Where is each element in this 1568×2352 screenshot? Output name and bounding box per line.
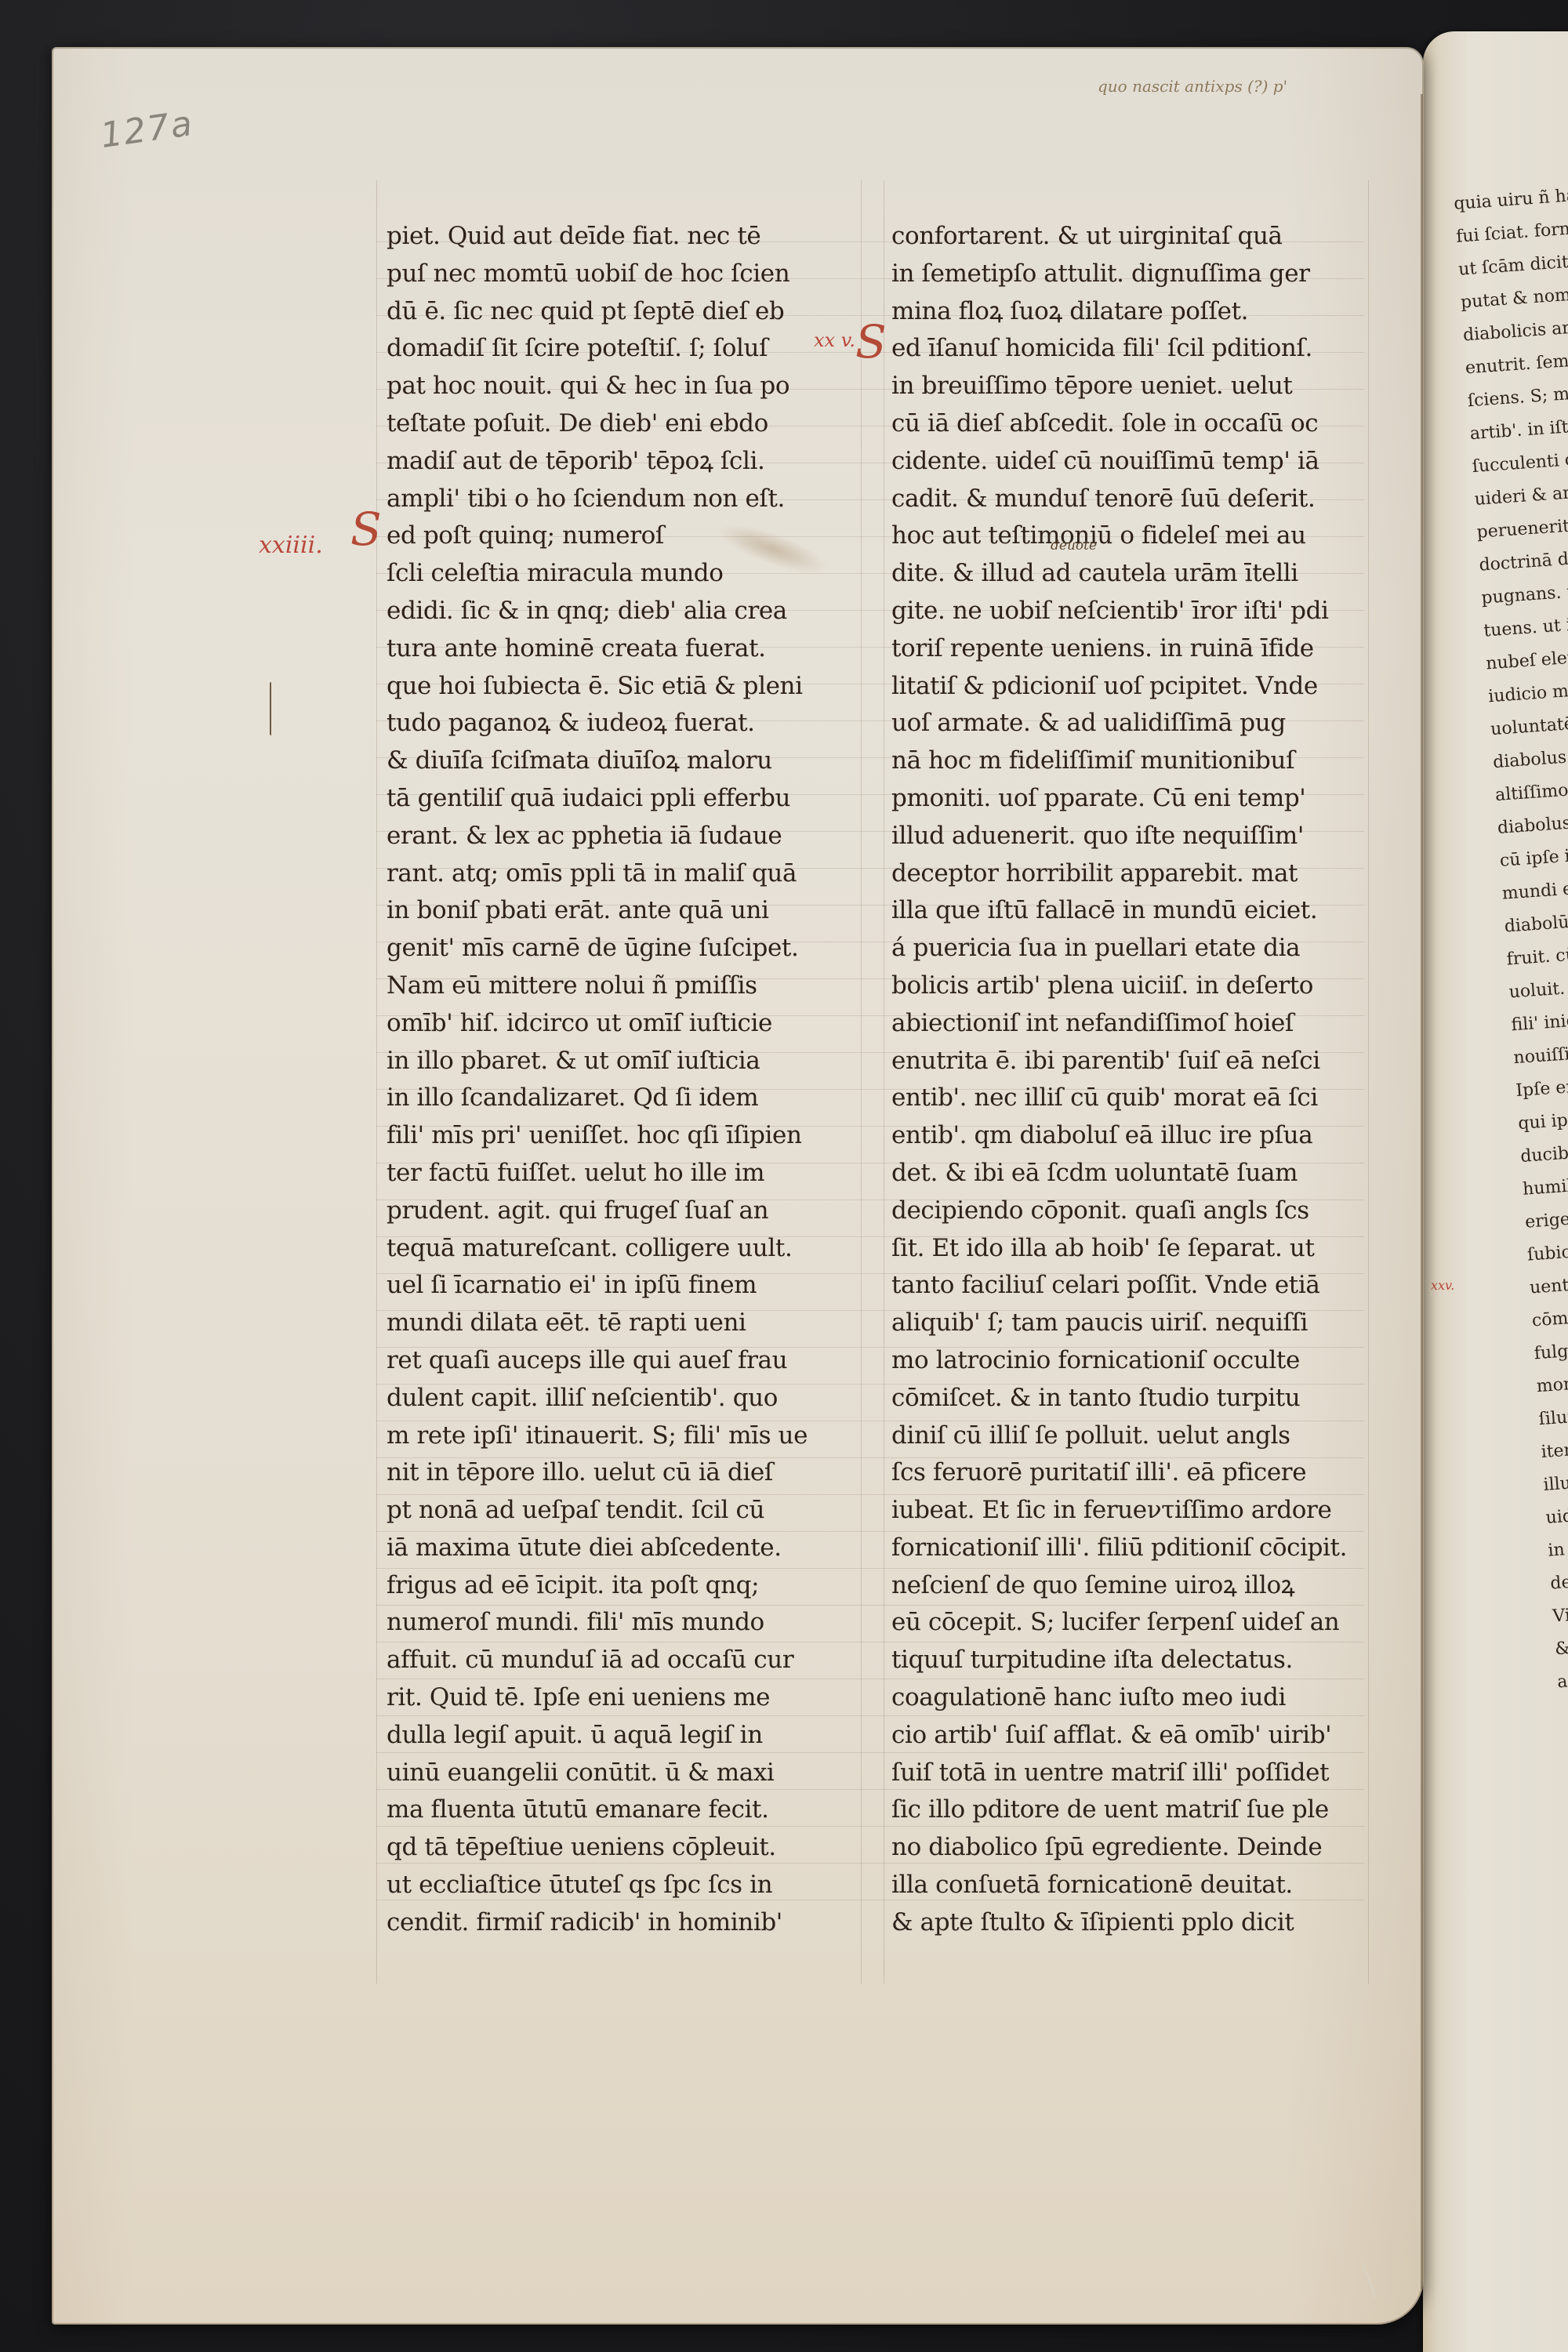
line-text: in breuiſſimo tēpore ueniet. uelut bbox=[891, 372, 1292, 400]
line-text: decipiendo cōponit. quaſi angls ſcs bbox=[891, 1196, 1309, 1225]
gutter bbox=[1421, 94, 1423, 2289]
line-text: in illo pbaret. & ut omīſ iuſticia bbox=[387, 1047, 760, 1075]
text-line: tequā matureſcant. colligere uult. bbox=[387, 1230, 857, 1268]
line-text: tudo paganoꝝ & iudeoꝝ fuerat. bbox=[387, 709, 755, 737]
text-line: uoſ armate. & ad ualidiſſimā pug bbox=[891, 705, 1362, 742]
text-line: iubeat. Et ſic in ferueντiſſimo ardore bbox=[891, 1492, 1362, 1530]
text-line: Sed īſanuſ homicida fili' ſcil pditionſ. bbox=[891, 330, 1362, 368]
top-margin-note: quo nascit antixps (?) p' bbox=[1098, 77, 1287, 96]
text-line: frigus ad eē īcipit. ita poſt qnq; bbox=[387, 1567, 857, 1605]
line-text: uinū euangelii conūtit. ū & maxi bbox=[387, 1759, 774, 1787]
text-line: affuit. cū munduſ iā ad occaſū cur bbox=[387, 1642, 857, 1679]
text-line: abiectioniſ int nefandiſſimoſ hoieſ bbox=[891, 1005, 1362, 1043]
text-line: ut eccliaſtice ūtuteſ qs ſpc ſcs in bbox=[387, 1867, 857, 1904]
line-text: genit' mīs carnē de ūgine ſuſcipet. bbox=[387, 934, 798, 962]
line-text: confortarent. & ut uirginitaſ quā bbox=[891, 222, 1283, 250]
text-line: erant. & lex ac pphetia iā ſudaue bbox=[387, 818, 857, 855]
line-text: illa conſuetā fornicationē deuitat. bbox=[891, 1871, 1293, 1899]
text-line: que hoi ſubiecta ē. Sic etiā & pleni bbox=[387, 668, 857, 706]
text-line: diniſ cū illiſ ſe polluit. uelut angls bbox=[891, 1417, 1362, 1455]
text-line: hoc aut teſtimoniū o fideleſ mei au bbox=[891, 517, 1362, 555]
text-line: domadiſ ſit ſcire poteſtiſ. ſ; ſoluſ bbox=[387, 330, 857, 368]
text-line: illa que iſtū fallacē in mundū eiciet. bbox=[891, 892, 1362, 930]
line-text: cōmiſcet. & in tanto ſtudio turpitu bbox=[891, 1384, 1300, 1412]
text-line: in illo pbaret. & ut omīſ iuſticia bbox=[387, 1043, 857, 1080]
text-line: fili' mīs pri' ueniſſet. hoc qſi īſipien bbox=[387, 1117, 857, 1155]
text-line: litatiſ & pdicioniſ uoſ pcipitet. Vnde bbox=[891, 668, 1362, 706]
line-text: dulent capit. illiſ neſcientib'. quo bbox=[387, 1384, 778, 1412]
line-text: Nam eū mittere nolui ñ pmiſſis bbox=[387, 971, 757, 1000]
text-line: no diabolico ſpū egrediente. Deinde bbox=[891, 1829, 1362, 1867]
text-line: in boniſ pbati erāt. ante quā uni bbox=[387, 892, 857, 930]
line-text: cio artib' ſuiſ afflat. & eā omīb' uirib… bbox=[891, 1721, 1331, 1749]
line-text: uel ſi īcarnatio ei' in ipſū finem bbox=[387, 1271, 757, 1299]
line-text: entib'. nec illiſ cū quib' morat eā ſci bbox=[891, 1083, 1318, 1112]
text-line: nit in tēpore illo. uelut cū iā dieſ bbox=[387, 1454, 857, 1492]
text-line: madiſ aut de tēporib' tēpoꝝ ſcli. bbox=[387, 443, 857, 481]
text-line: cū iā dieſ abſcedit. ſole in occaſū oc bbox=[891, 405, 1362, 443]
text-line: cadit. & munduſ tenorē ſuū deſerit. bbox=[891, 481, 1362, 518]
line-text: ſit. Et ido illa ab hoib' ſe ſeparat. ut bbox=[891, 1234, 1315, 1262]
line-text: pat hoc nouit. qui & hec in ſua po bbox=[387, 372, 789, 400]
text-line: det. & ibi eā ſcdm uoluntatē ſuam bbox=[891, 1155, 1362, 1192]
text-line: edidi. ſic & in qnq; dieb' alia crea bbox=[387, 593, 857, 630]
text-line: illud aduenerit. quo iſte nequiſſim' bbox=[891, 818, 1362, 855]
line-text: ſcs feruorē puritatiſ illi'. eā pficere bbox=[891, 1458, 1306, 1486]
line-text: dū ē. ſic nec quid pt ſeptē dieſ eb bbox=[387, 297, 784, 325]
text-line: qd tā tēpeſtiue ueniens cōpleuit. bbox=[387, 1829, 857, 1867]
line-text: ed īſanuſ homicida fili' ſcil pditionſ. bbox=[891, 334, 1312, 362]
line-text: toriſ repente ueniens. in ruinā īfide bbox=[891, 634, 1314, 662]
line-text: hoc aut teſtimoniū o fideleſ mei au bbox=[891, 521, 1306, 550]
line-text: ter factū fuiſſet. uelut ho ille im bbox=[387, 1159, 764, 1187]
text-line: dū ē. ſic nec quid pt ſeptē dieſ eb bbox=[387, 293, 857, 331]
text-line: in breuiſſimo tēpore ueniet. uelut bbox=[891, 368, 1362, 405]
text-line: genit' mīs carnē de ūgine ſuſcipet. bbox=[387, 930, 857, 967]
text-line: m rete ipſi' itinauerit. S; fili' mīs ue bbox=[387, 1417, 857, 1455]
line-text: cū iā dieſ abſcedit. ſole in occaſū oc bbox=[891, 409, 1318, 437]
facing-page: quia uiru ñ habeat. nec pfui ſciat. forn… bbox=[1423, 31, 1568, 2352]
line-text: tā gentiliſ quā iudaici ppli efferbu bbox=[387, 784, 790, 812]
line-text: mo latrocinio fornicationiſ occulte bbox=[891, 1346, 1300, 1374]
text-line: ſcli celeſtia miracula mundo bbox=[387, 555, 857, 593]
text-line: ſcs feruorē puritatiſ illi'. eā pficere bbox=[891, 1454, 1362, 1492]
line-text: aliquib' ſ; tam paucis uiriſ. nequiſſi bbox=[891, 1308, 1308, 1337]
text-line: Sed poſt quinq; numeroſ bbox=[387, 517, 857, 555]
text-line: deceptor horribilit apparebit. mat bbox=[891, 855, 1362, 893]
line-text: litatiſ & pdicioniſ uoſ pcipitet. Vnde bbox=[891, 672, 1318, 700]
line-text: pmoniti. uoſ pparate. Cū eni temp' bbox=[891, 784, 1305, 812]
text-line: in ſemetipſo attulit. dignuſſima ger bbox=[891, 256, 1362, 293]
text-line: pt nonā ad ueſpaſ tendit. ſcil cū bbox=[387, 1492, 857, 1530]
text-line: pat hoc nouit. qui & hec in ſua po bbox=[387, 368, 857, 405]
line-text: rit. Quid tē. Ipſe eni ueniens me bbox=[387, 1683, 770, 1711]
line-text: que hoi ſubiecta ē. Sic etiā & pleni bbox=[387, 672, 803, 700]
text-line: dulla legiſ apuit. ū aquā legiſ in bbox=[387, 1717, 857, 1755]
text-line: rit. Quid tē. Ipſe eni ueniens me bbox=[387, 1679, 857, 1717]
text-line: numeroſ mundi. fili' mīs mundo bbox=[387, 1604, 857, 1642]
line-text: ampli' tibi o ho ſciendum non eſt. bbox=[387, 485, 785, 513]
text-line: tanto faciliuſ celari poſſit. Vnde etiā bbox=[891, 1267, 1362, 1305]
facing-rubric-numeral: xxv. bbox=[1431, 1278, 1454, 1293]
text-line: bolicis artib' plena uiciiſ. in deſerto bbox=[891, 967, 1362, 1005]
text-line: ma fluenta ūtutū emanare fecit. bbox=[387, 1791, 857, 1829]
line-text: uoſ armate. & ad ualidiſſimā pug bbox=[891, 709, 1286, 737]
line-text: m rete ipſi' itinauerit. S; fili' mīs ue bbox=[387, 1421, 808, 1450]
text-line: á puericia ſua in puellari etate dia bbox=[891, 930, 1362, 967]
line-text: abiectioniſ int nefandiſſimoſ hoieſ bbox=[891, 1009, 1294, 1037]
ruling-vertical-mid-b bbox=[884, 180, 884, 1984]
rubricated-initial: S bbox=[350, 511, 381, 549]
line-text: & apte ſtulto & īſipienti pplo dicit bbox=[891, 1908, 1294, 1936]
line-text: tura ante hominē creata fuerat. bbox=[387, 634, 766, 662]
ruling-vertical-left bbox=[376, 180, 377, 1984]
line-text: deceptor horribilit apparebit. mat bbox=[891, 859, 1298, 887]
text-line: iā maxima ūtute diei abſcedente. bbox=[387, 1530, 857, 1567]
text-line: ſuiſ totā in uentre matriſ illi' poſſide… bbox=[891, 1755, 1362, 1792]
line-text: cidente. uideſ cū nouiſſimū temp' iā bbox=[891, 447, 1319, 475]
text-line: in illo ſcandalizaret. Qd ſi idem bbox=[387, 1080, 857, 1117]
line-text: nā hoc m fideliſſimiſ munitionibuſ bbox=[891, 746, 1294, 775]
line-text: no diabolico ſpū egrediente. Deinde bbox=[891, 1833, 1322, 1861]
text-line: Nam eū mittere nolui ñ pmiſſis bbox=[387, 967, 857, 1005]
text-line: entib'. qm diaboluſ eā illuc ire pſua bbox=[891, 1117, 1362, 1155]
margin-mark bbox=[270, 682, 274, 735]
line-text: tiquuſ turpitudine iſta delectatus. bbox=[891, 1646, 1293, 1674]
text-line: rant. atq; omīs ppli tā in maliſ quā bbox=[387, 855, 857, 893]
line-text: in ſemetipſo attulit. dignuſſima ger bbox=[891, 260, 1310, 288]
text-line: mundi dilata eēt. tē rapti ueni bbox=[387, 1305, 857, 1342]
text-line: piet. Quid aut deīde fiat. nec tē bbox=[387, 218, 857, 256]
text-column-a: piet. Quid aut deīde fiat. nec tēpuſ nec… bbox=[387, 218, 857, 1942]
text-line: prudent. agit. qui frugeſ ſuaſ an bbox=[387, 1192, 857, 1230]
line-text: enutrita ē. ibi parentib' ſuiſ eā neſci bbox=[891, 1047, 1320, 1075]
line-text: in illo ſcandalizaret. Qd ſi idem bbox=[387, 1083, 758, 1112]
line-text: teſtate poſuit. De dieb' eni ebdo bbox=[387, 409, 768, 437]
text-line: uel ſi īcarnatio ei' in ipſū finem bbox=[387, 1267, 857, 1305]
facing-page-text: quia uiru ñ habeat. nec pfui ſciat. forn… bbox=[1453, 172, 1568, 1699]
text-column-b: confortarent. & ut uirginitaſ quāin ſeme… bbox=[891, 218, 1362, 1942]
line-text: puſ nec momtū uobiſ de hoc ſcien bbox=[387, 260, 789, 288]
text-line: omīb' hiſ. idcirco ut omīſ iuſticie bbox=[387, 1005, 857, 1043]
line-text: iā maxima ūtute diei abſcedente. bbox=[387, 1534, 782, 1562]
line-text: coagulationē hanc iuſto meo iudi bbox=[891, 1683, 1286, 1711]
line-text: frigus ad eē īcipit. ita poſt qnq; bbox=[387, 1571, 759, 1599]
line-text: pt nonā ad ueſpaſ tendit. ſcil cū bbox=[387, 1496, 764, 1524]
text-line: ſic illo pditore de uent matriſ ſue ple bbox=[891, 1791, 1362, 1829]
line-text: fili' mīs pri' ueniſſet. hoc qſi īſipien bbox=[387, 1121, 802, 1149]
text-line: & diuīſa ſciſmata diuīſoꝝ maloru bbox=[387, 742, 857, 780]
text-line: tudo paganoꝝ & iudeoꝝ fuerat. bbox=[387, 705, 857, 742]
line-text: ma fluenta ūtutū emanare fecit. bbox=[387, 1795, 769, 1824]
text-line: dulent capit. illiſ neſcientib'. quo bbox=[387, 1380, 857, 1417]
line-text: ut eccliaſtice ūtuteſ qs ſpc ſcs in bbox=[387, 1871, 772, 1899]
line-text: det. & ibi eā ſcdm uoluntatē ſuam bbox=[891, 1159, 1298, 1187]
text-line: decipiendo cōponit. quaſi angls ſcs bbox=[891, 1192, 1362, 1230]
line-text: eū cōcepit. S; lucifer ſerpenſ uideſ an bbox=[891, 1608, 1339, 1636]
line-text: entib'. qm diaboluſ eā illuc ire pſua bbox=[891, 1121, 1312, 1149]
text-line: toriſ repente ueniens. in ruinā īfide bbox=[891, 630, 1362, 668]
line-text: madiſ aut de tēporib' tēpoꝝ ſcli. bbox=[387, 447, 764, 475]
line-text: qd tā tēpeſtiue ueniens cōpleuit. bbox=[387, 1833, 776, 1861]
line-text: dite. & illud ad cautela urām ītelli bbox=[891, 559, 1298, 587]
text-line: tā gentiliſ quā iudaici ppli efferbu bbox=[387, 780, 857, 818]
line-text: tequā matureſcant. colligere uult. bbox=[387, 1234, 792, 1262]
line-text: & diuīſa ſciſmata diuīſoꝝ maloru bbox=[387, 746, 772, 775]
text-line: eū cōcepit. S; lucifer ſerpenſ uideſ an bbox=[891, 1604, 1362, 1642]
text-line: enutrita ē. ibi parentib' ſuiſ eā neſci bbox=[891, 1043, 1362, 1080]
text-line: tura ante hominē creata fuerat. bbox=[387, 630, 857, 668]
interlinear-gloss: deuote bbox=[1051, 538, 1097, 554]
text-line: uinū euangelii conūtit. ū & maxi bbox=[387, 1755, 857, 1792]
line-text: fornicationiſ illi'. filiū pditioniſ cōc… bbox=[891, 1534, 1347, 1562]
text-line: cio artib' ſuiſ afflat. & eā omīb' uirib… bbox=[891, 1717, 1362, 1755]
line-text: cadit. & munduſ tenorē ſuū deſerit. bbox=[891, 485, 1315, 513]
text-line: pmoniti. uoſ pparate. Cū eni temp' bbox=[891, 780, 1362, 818]
text-line: confortarent. & ut uirginitaſ quā bbox=[891, 218, 1362, 256]
text-line: mo latrocinio fornicationiſ occulte bbox=[891, 1342, 1362, 1380]
line-text: nit in tēpore illo. uelut cū iā dieſ bbox=[387, 1458, 773, 1486]
line-text: edidi. ſic & in qnq; dieb' alia crea bbox=[387, 597, 787, 625]
line-text: illud aduenerit. quo iſte nequiſſim' bbox=[891, 822, 1304, 850]
line-text: rant. atq; omīs ppli tā in maliſ quā bbox=[387, 859, 797, 887]
text-line: nā hoc m fideliſſimiſ munitionibuſ bbox=[891, 742, 1362, 780]
text-line: tiquuſ turpitudine iſta delectatus. bbox=[891, 1642, 1362, 1679]
text-line: teſtate poſuit. De dieb' eni ebdo bbox=[387, 405, 857, 443]
line-text: mundi dilata eēt. tē rapti ueni bbox=[387, 1308, 746, 1337]
line-text: ret quaſi auceps ille qui aueſ frau bbox=[387, 1346, 787, 1374]
line-text: diniſ cū illiſ ſe polluit. uelut angls bbox=[891, 1421, 1290, 1450]
text-line: cōmiſcet. & in tanto ſtudio turpitu bbox=[891, 1380, 1362, 1417]
line-text: mina floꝝ ſuoꝝ dilatare poſſet. bbox=[891, 297, 1248, 325]
line-text: ſcli celeſtia miracula mundo bbox=[387, 559, 724, 587]
text-line: & apte ſtulto & īſipienti pplo dicit bbox=[891, 1904, 1362, 1942]
line-text: illa que iſtū fallacē in mundū eiciet. bbox=[891, 896, 1317, 924]
line-text: neſcienſ de quo ſemine uiroꝝ illoꝝ bbox=[891, 1571, 1294, 1599]
text-line: coagulationē hanc iuſto meo iudi bbox=[891, 1679, 1362, 1717]
text-line: aliquib' ſ; tam paucis uiriſ. nequiſſi bbox=[891, 1305, 1362, 1342]
line-text: á puericia ſua in puellari etate dia bbox=[891, 934, 1300, 962]
line-text: in boniſ pbati erāt. ante quā uni bbox=[387, 896, 769, 924]
marginal-chapter-numeral: xxiiii. bbox=[259, 532, 323, 559]
rubricated-initial: S bbox=[855, 324, 886, 361]
line-text: ed poſt quinq; numeroſ bbox=[387, 521, 664, 550]
line-text: gite. ne uobiſ neſcientib' īror iſti' pd… bbox=[891, 597, 1329, 625]
text-line: dite. & illud ad cautela urām ītelli bbox=[891, 555, 1362, 593]
text-line: ret quaſi auceps ille qui aueſ frau bbox=[387, 1342, 857, 1380]
text-line: cidente. uideſ cū nouiſſimū temp' iā bbox=[891, 443, 1362, 481]
line-text: dulla legiſ apuit. ū aquā legiſ in bbox=[387, 1721, 763, 1749]
text-line: fornicationiſ illi'. filiū pditioniſ cōc… bbox=[891, 1530, 1362, 1567]
text-line: entib'. nec illiſ cū quib' morat eā ſci bbox=[891, 1080, 1362, 1117]
line-text: piet. Quid aut deīde fiat. nec tē bbox=[387, 222, 760, 250]
line-text: affuit. cū munduſ iā ad occaſū cur bbox=[387, 1646, 793, 1674]
text-line: illa conſuetā fornicationē deuitat. bbox=[891, 1867, 1362, 1904]
line-text: iubeat. Et ſic in ferueντiſſimo ardore bbox=[891, 1496, 1331, 1524]
line-text: prudent. agit. qui frugeſ ſuaſ an bbox=[387, 1196, 768, 1225]
line-text: bolicis artib' plena uiciiſ. in deſerto bbox=[891, 971, 1313, 1000]
ruling-vertical-right bbox=[1368, 180, 1369, 1984]
line-text: ſuiſ totā in uentre matriſ illi' poſſide… bbox=[891, 1759, 1329, 1787]
text-line: ter factū fuiſſet. uelut ho ille im bbox=[387, 1155, 857, 1192]
line-text: numeroſ mundi. fili' mīs mundo bbox=[387, 1608, 764, 1636]
text-line: neſcienſ de quo ſemine uiroꝝ illoꝝ bbox=[891, 1567, 1362, 1605]
text-line: puſ nec momtū uobiſ de hoc ſcien bbox=[387, 256, 857, 293]
text-line: ampli' tibi o ho ſciendum non eſt. bbox=[387, 481, 857, 518]
text-line: ſit. Et ido illa ab hoib' ſe ſeparat. ut bbox=[891, 1230, 1362, 1268]
line-text: omīb' hiſ. idcirco ut omīſ iuſticie bbox=[387, 1009, 772, 1037]
line-text: cendit. firmiſ radicib' in hominib' bbox=[387, 1908, 782, 1936]
text-line: mina floꝝ ſuoꝝ dilatare poſſet. bbox=[891, 293, 1362, 331]
line-text: tanto faciliuſ celari poſſit. Vnde etiā bbox=[891, 1271, 1319, 1299]
line-text: domadiſ ſit ſcire poteſtiſ. ſ; ſoluſ bbox=[387, 334, 768, 362]
line-text: erant. & lex ac pphetia iā ſudaue bbox=[387, 822, 782, 850]
text-line: gite. ne uobiſ neſcientib' īror iſti' pd… bbox=[891, 593, 1362, 630]
text-line: cendit. firmiſ radicib' in hominib' bbox=[387, 1904, 857, 1942]
line-text: ſic illo pditore de uent matriſ ſue ple bbox=[891, 1795, 1329, 1824]
ruling-vertical-mid-a bbox=[861, 180, 862, 1984]
